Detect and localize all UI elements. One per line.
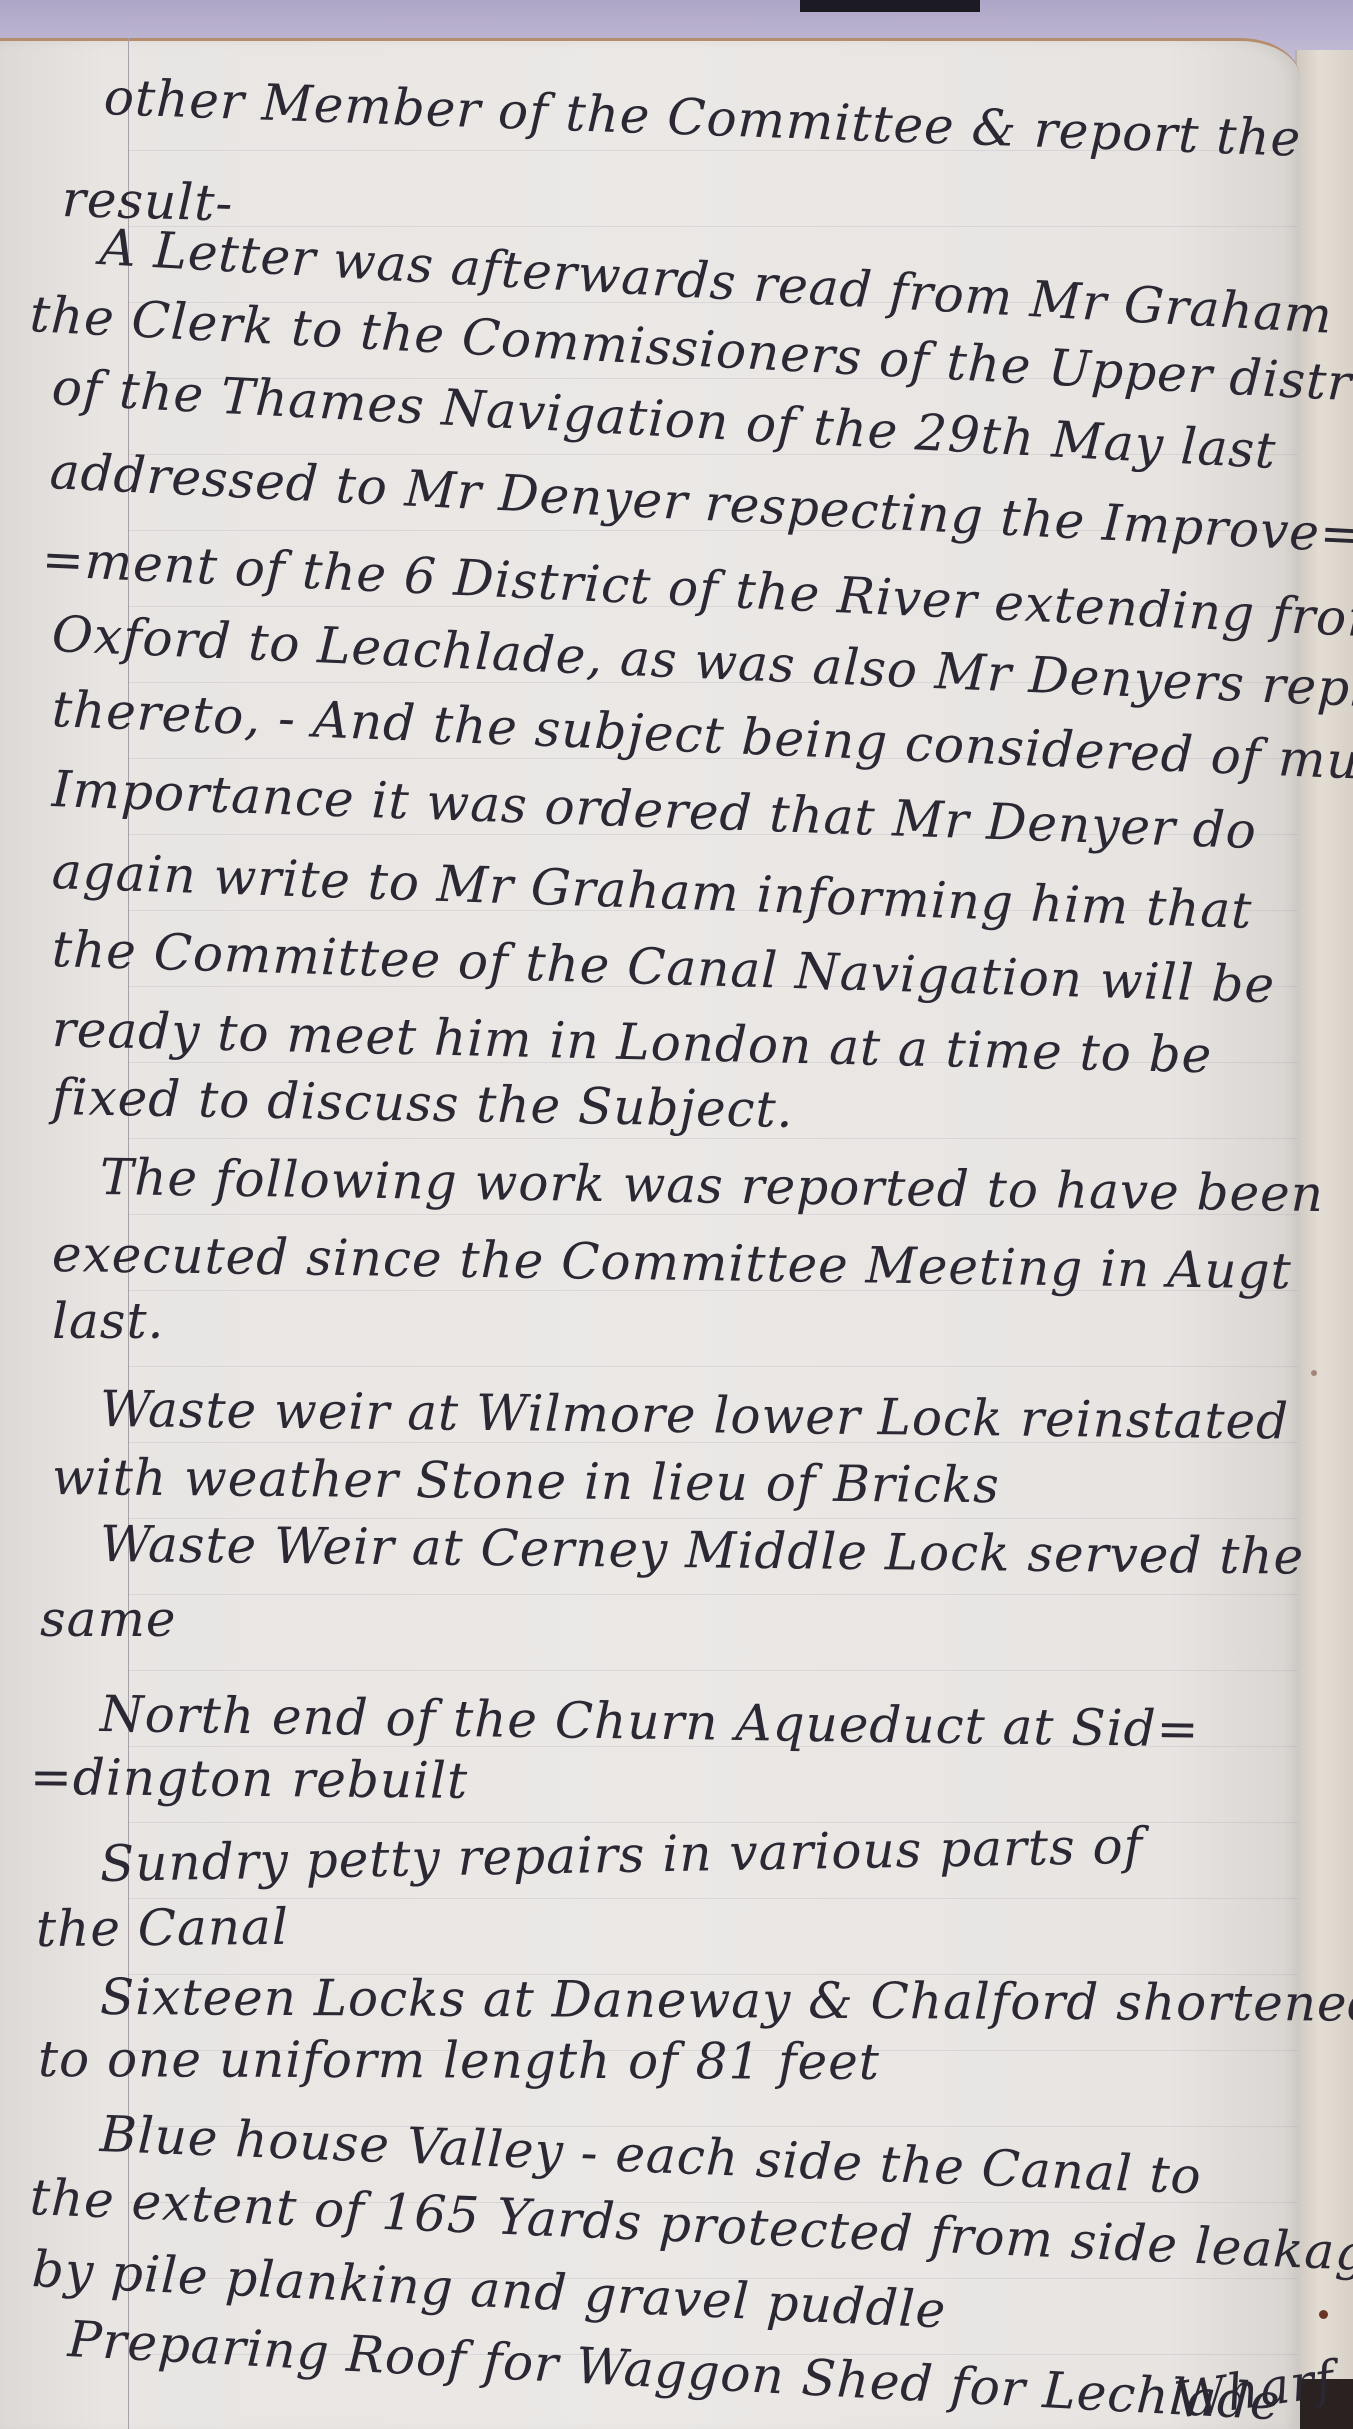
text-line: to one uniform length of 81 feet [38,2030,880,2091]
text-line: same [40,1590,176,1648]
text-line: Waste weir at Wilmore lower Lock reinsta… [100,1380,1290,1450]
foxing-spot [1311,1370,1317,1376]
text-line: The following work was reported to have … [100,1148,1325,1223]
text-line: with weather Stone in lieu of Bricks [52,1448,1000,1514]
text-line: Sixteen Locks at Daneway & Chalford shor… [100,1968,1353,2033]
foxing-spot [1319,2310,1328,2319]
text-line: =dington rebuilt [30,1748,469,1810]
text-line: last. [52,1292,164,1350]
text-line: North end of the Churn Aqueduct at Sid= [100,1685,1200,1758]
text-line: the Canal [36,1898,289,1958]
text-line: Waste Weir at Cerney Middle Lock served … [100,1515,1305,1586]
text-line: other Member of the Committee & report t… [103,68,1302,168]
text-line: executed since the Committee Meeting in … [52,1225,1292,1300]
handwritten-text-block: other Member of the Committee & report t… [0,0,1300,2429]
text-line: fixed to discuss the Subject. [51,1068,794,1139]
text-line: Preparing Roof for Waggon Shed for Lechl… [66,2310,1282,2429]
text-line: Sundry petty repairs in various parts of [99,1817,1143,1893]
